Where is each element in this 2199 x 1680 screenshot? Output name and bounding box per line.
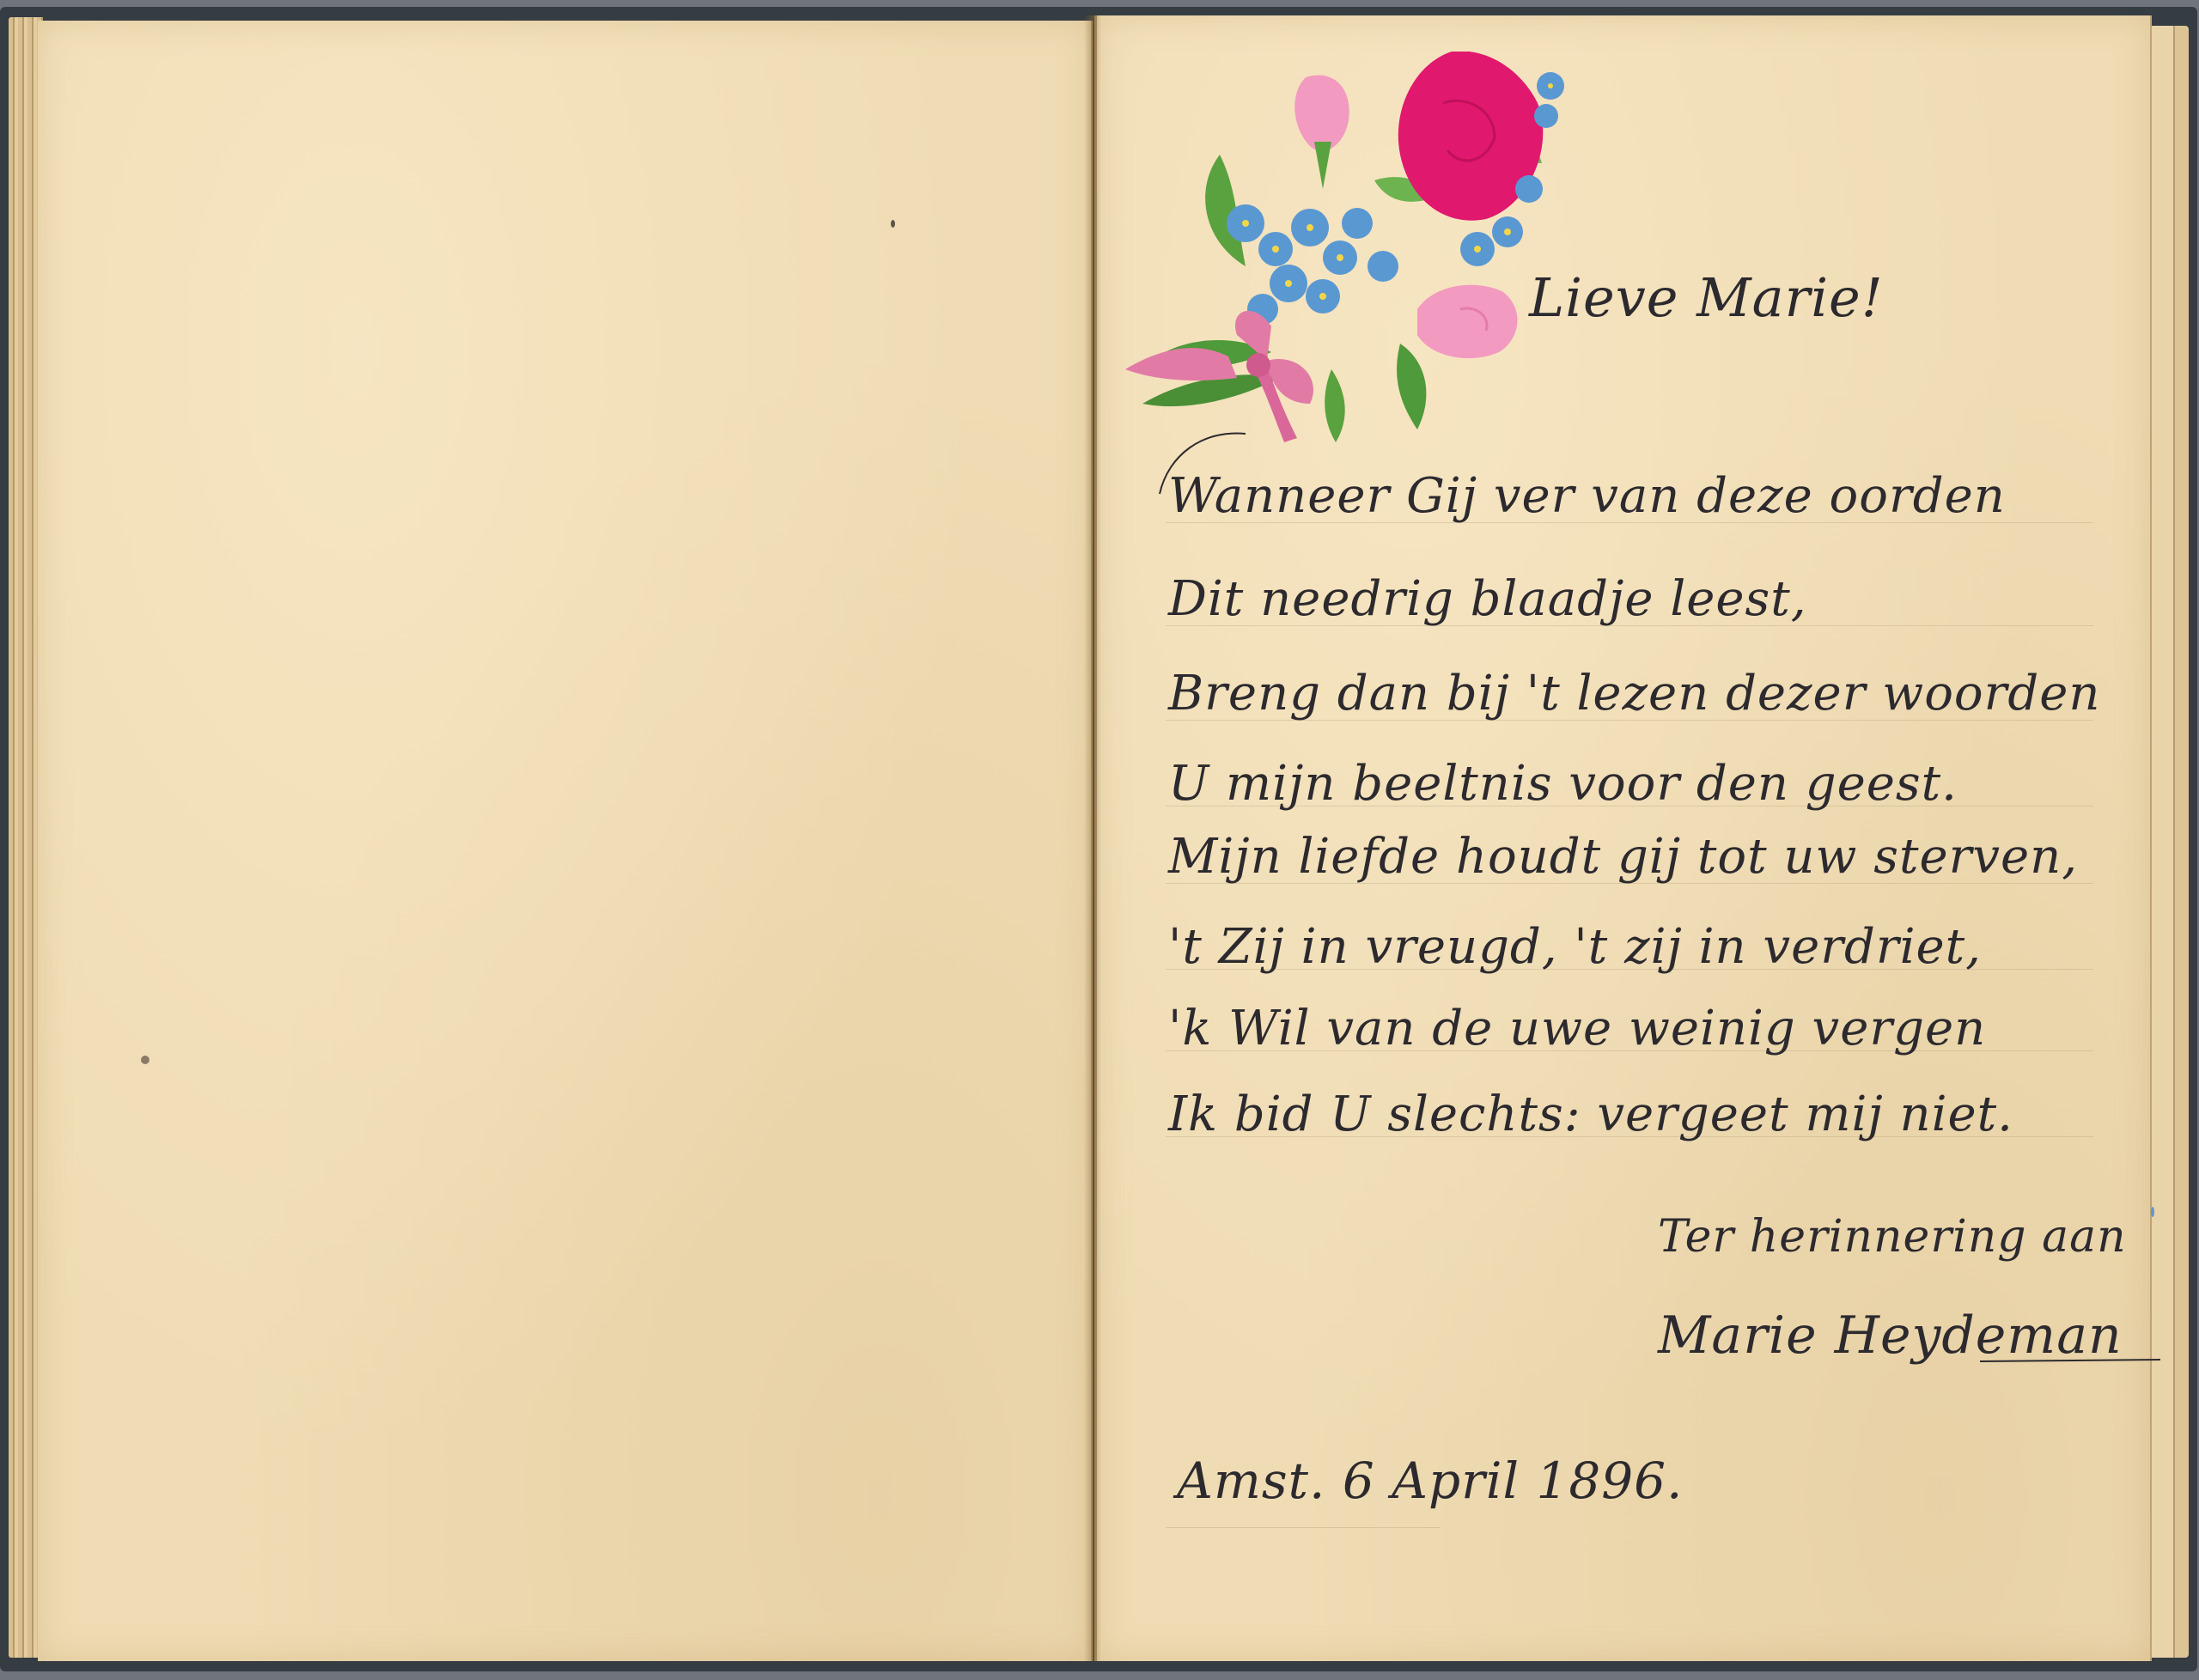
poem-line: Mijn liefde houdt gij tot uw sterven, (1168, 829, 2078, 885)
pink-rose-icon (1417, 285, 1517, 358)
poem-line: U mijn beeltnis voor den geest. (1168, 756, 1958, 812)
paper-speck (891, 220, 895, 228)
paper-speck (141, 1056, 149, 1064)
left-page (38, 21, 1093, 1661)
poem-line: Wanneer Gij ver van deze oorden (1168, 468, 2006, 524)
greeting: Lieve Marie! (1529, 266, 1884, 329)
poem-line: Dit needrig blaadje leest, (1168, 571, 1807, 627)
ruled-line (1166, 1527, 1441, 1528)
pink-rosebud-icon (1294, 75, 1349, 189)
ribbon-bow-icon (1125, 311, 1313, 442)
poem-line: Ik bid U slechts: vergeet mij niet. (1168, 1087, 2013, 1142)
poem-line: Breng dan bij 't lezen dezer woorden (1168, 666, 2100, 721)
poem-line: 'k Wil van de uwe weinig vergen (1168, 1001, 1986, 1056)
date-line: Amst. 6 April 1896. (1177, 1452, 1683, 1510)
poem-line: 't Zij in vreugd, 't zij in verdriet, (1168, 919, 1982, 975)
blue-ink-mark (2151, 1207, 2154, 1217)
book-spine-gutter (1084, 15, 1101, 1661)
signature: Marie Heydeman (1658, 1306, 2123, 1366)
flower-bouquet-scrap (1117, 52, 1598, 447)
closing-line: Ter herinnering aan (1658, 1211, 2127, 1263)
page-edges-right (2147, 26, 2189, 1658)
